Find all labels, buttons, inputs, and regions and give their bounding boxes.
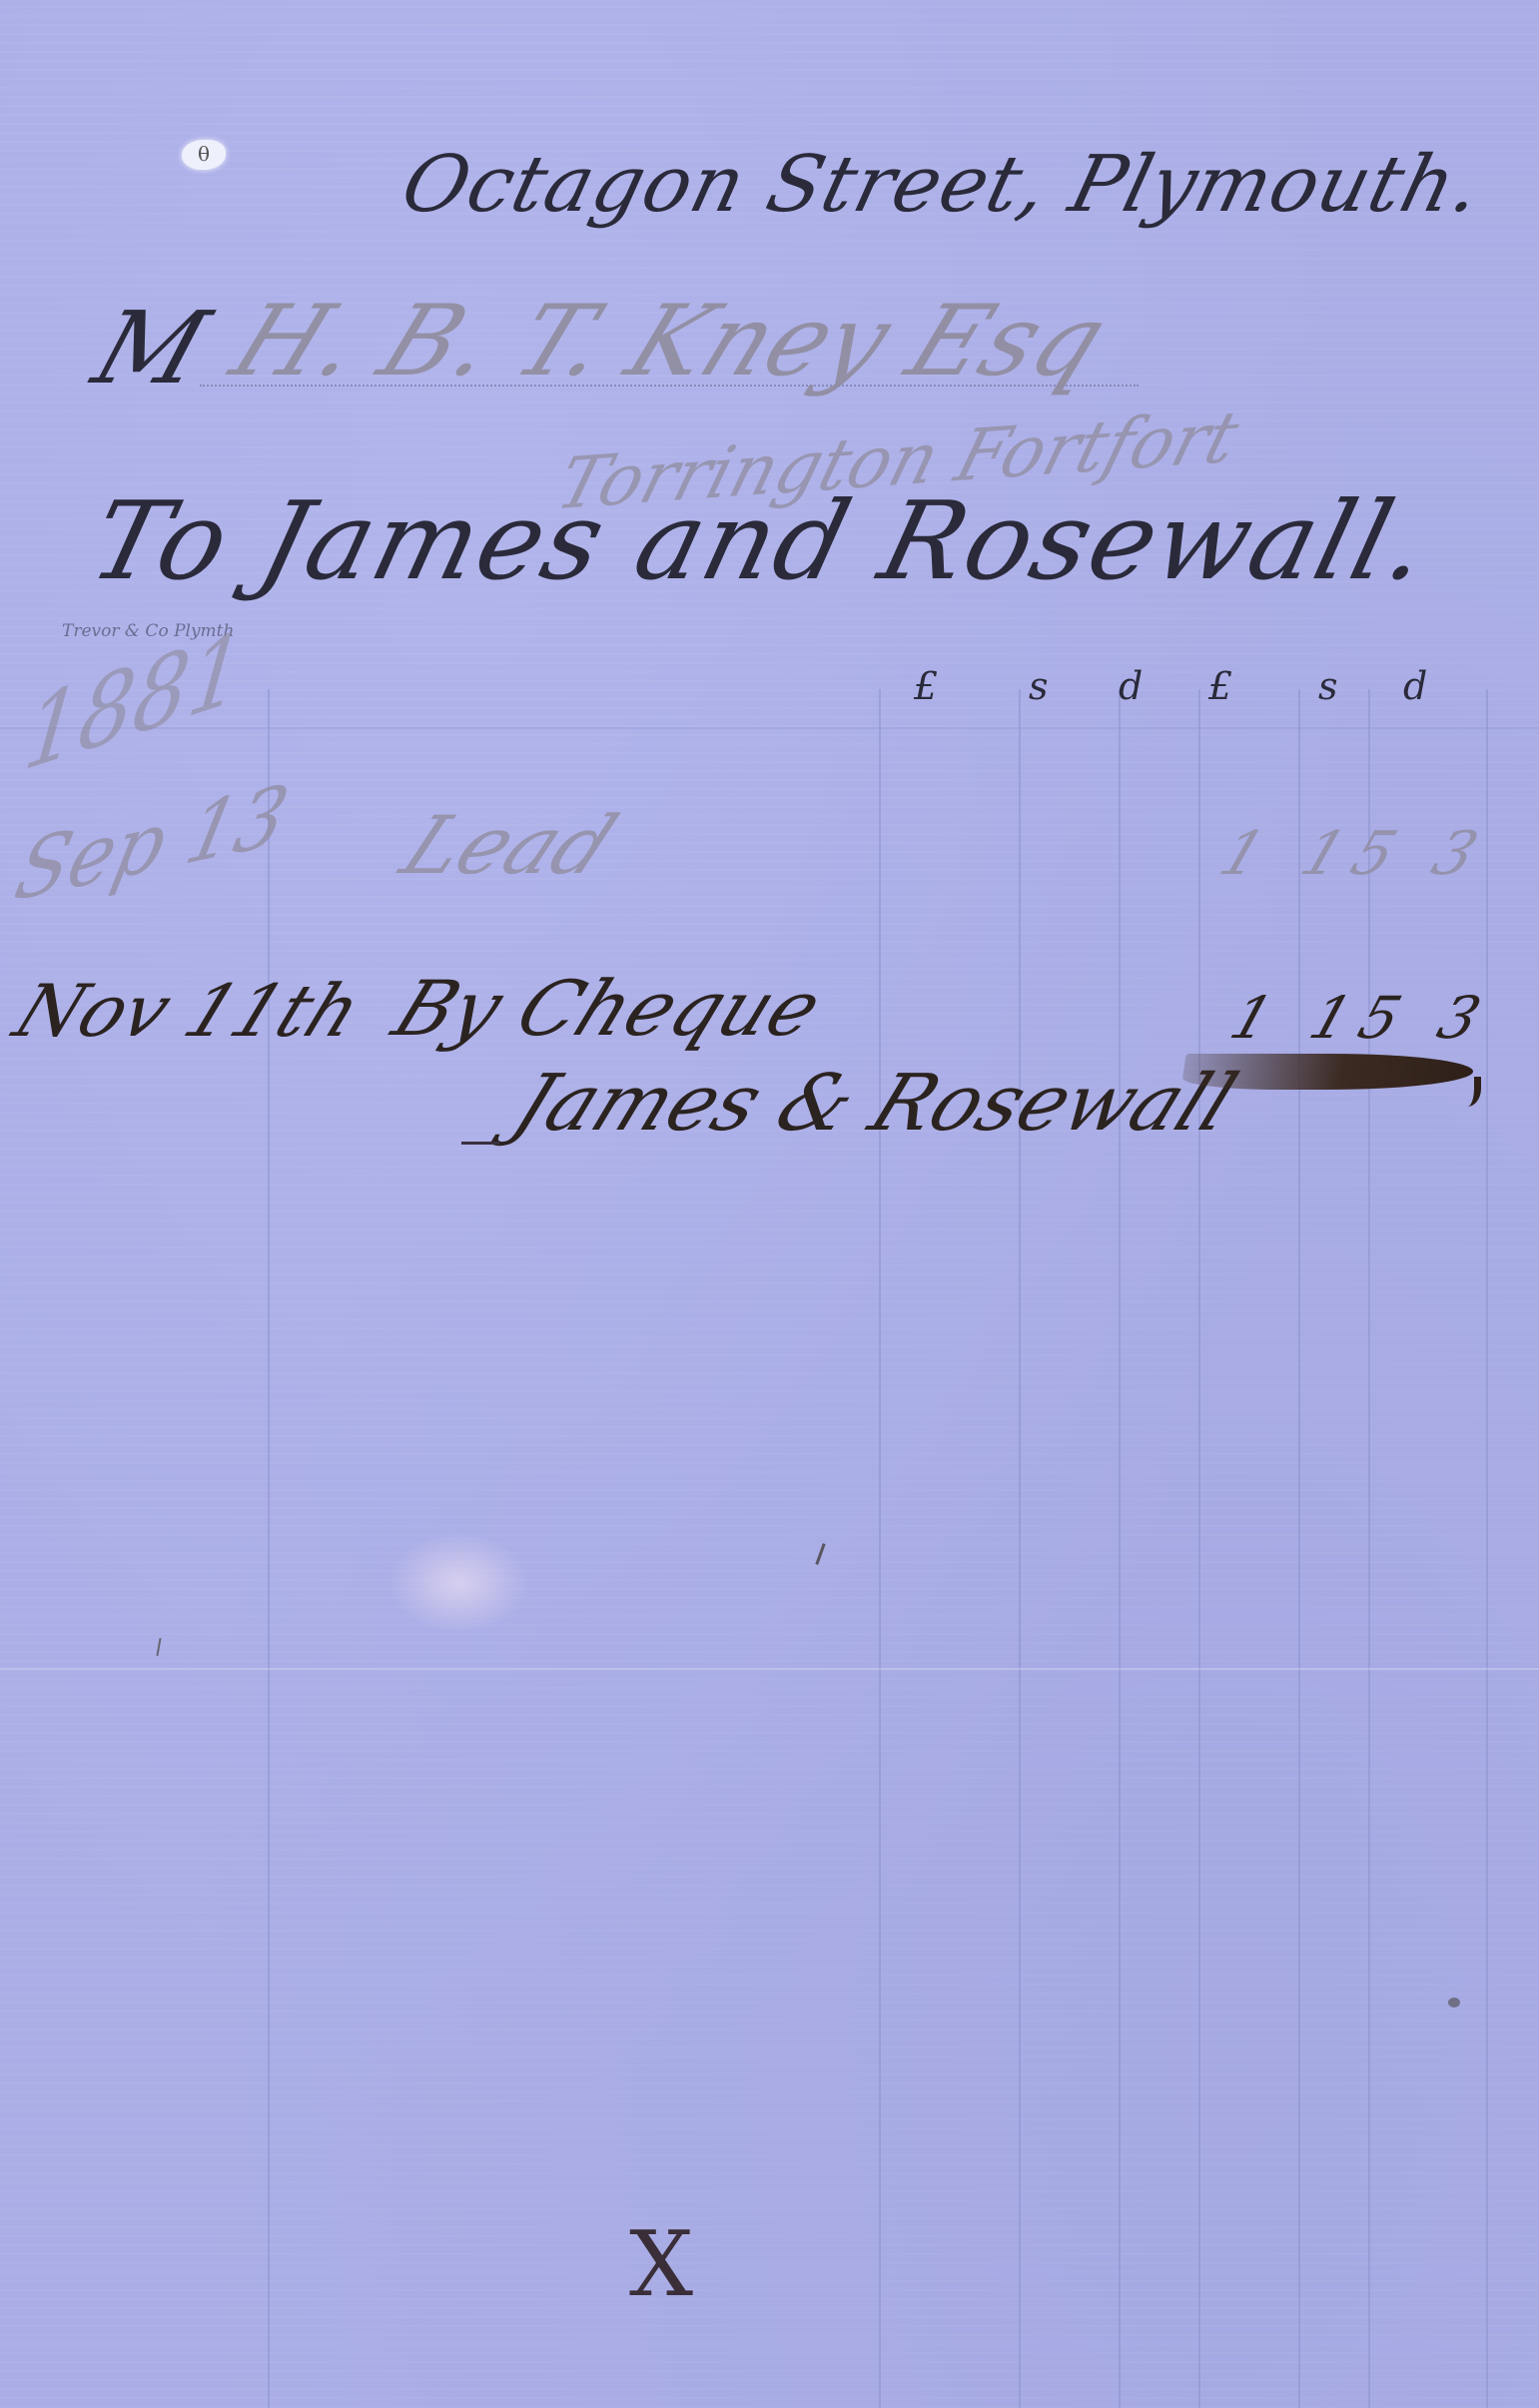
- faded-patch: [389, 1533, 529, 1633]
- entry-1-date: Sep 13: [7, 767, 297, 921]
- stray-ink-dash: [461, 1142, 499, 1145]
- header-pence-1: d: [1119, 664, 1144, 708]
- ink-flourish: [1180, 1054, 1475, 1090]
- spot: [1448, 1998, 1460, 2007]
- column-rule: [1368, 689, 1370, 2408]
- vendor-line: To James and Rosewall.: [79, 479, 1442, 604]
- column-rule: [268, 689, 270, 2408]
- entry-2-amount: 1 15 3: [1222, 984, 1501, 1052]
- column-rule: [879, 689, 881, 2408]
- signature: James & Rosewall: [501, 1059, 1248, 1149]
- addressee-name: H. B. T. Kney Esq: [217, 285, 1123, 399]
- ledger-row-2: Nov 11th By Cheque 1 15 3: [0, 949, 1539, 1069]
- column-rule: [1486, 689, 1488, 2408]
- header-pounds-2: £: [1208, 664, 1233, 708]
- header-rule: [0, 727, 1539, 729]
- entry-2-description: By Cheque: [382, 964, 835, 1053]
- fold-line: [0, 1668, 1539, 1670]
- entry-1-description: Lead: [387, 799, 630, 892]
- header-shillings-2: s: [1318, 664, 1339, 708]
- entry-1-amount: 1 15 3: [1210, 819, 1498, 889]
- entry-2-date: Nov 11th: [3, 969, 374, 1053]
- header-pounds-1: £: [914, 664, 939, 708]
- cross-mark: X: [629, 2212, 693, 2317]
- column-rule: [1198, 689, 1200, 2408]
- stray-mark: [815, 1543, 825, 1565]
- header-pence-2: d: [1403, 664, 1428, 708]
- stray-mark: [156, 1638, 161, 1656]
- column-rule: [1019, 689, 1021, 2408]
- addressee-line: M H. B. T. Kney Esq: [80, 285, 1139, 395]
- addressee-prefix: M: [81, 290, 222, 406]
- hole-glyph: θ: [198, 142, 210, 166]
- header-shillings-1: s: [1029, 664, 1050, 708]
- letterhead-address: Octagon Street, Plymouth.: [393, 140, 1491, 230]
- ink-flourish-tail: [1458, 1077, 1481, 1107]
- column-rule: [1298, 689, 1300, 2408]
- punch-hole: θ: [182, 140, 226, 170]
- column-rule: [1119, 689, 1121, 2408]
- ledger-row-1: Sep 13 Lead 1 15 3: [0, 779, 1539, 919]
